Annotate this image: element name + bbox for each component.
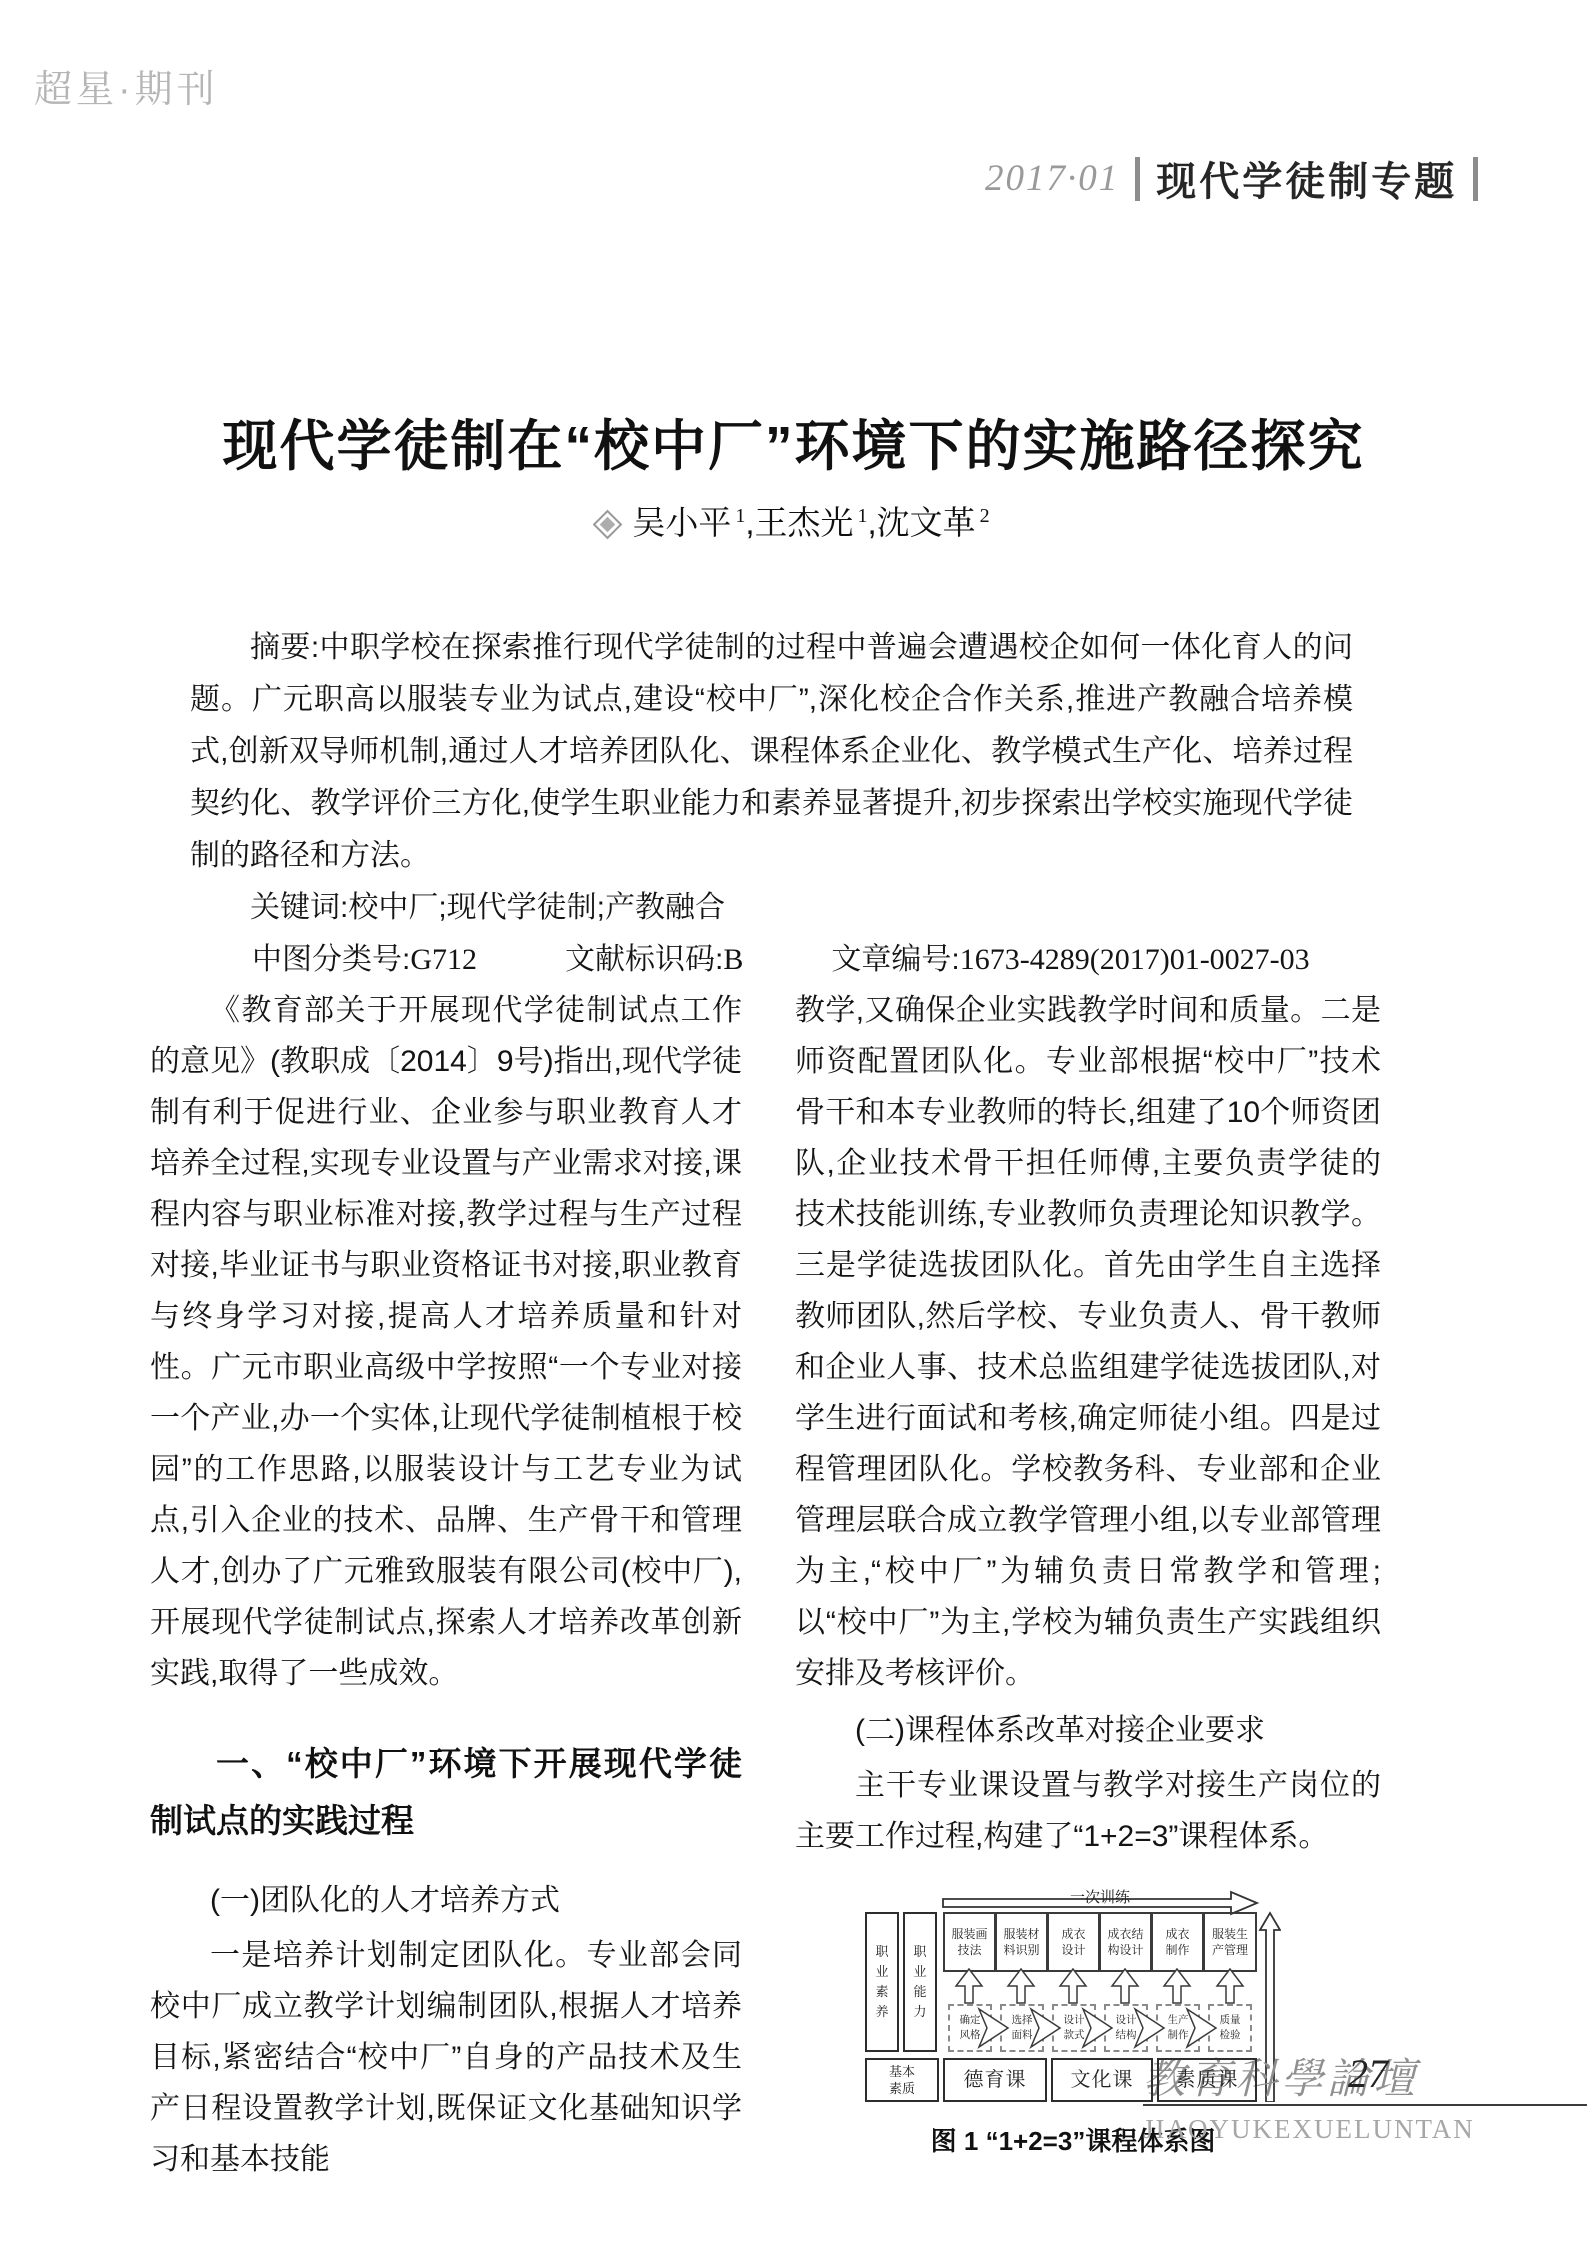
figure-process-step: 确定 风格 — [948, 2004, 992, 2052]
figure-course-box: 成衣 制作 — [1151, 1912, 1204, 1972]
header-divider-bar — [1135, 157, 1140, 201]
section-heading-1: 一、“校中厂”环境下开展现代学徒制试点的实践过程 — [150, 1735, 742, 1849]
document-code: 文献标识码:B — [565, 934, 743, 986]
figure-course-box: 服装材 料识别 — [995, 1912, 1048, 1972]
author-affiliation-sup: 1 — [735, 505, 745, 527]
journal-name-pinyin: JIAOYUKEXUELUNTAN — [1143, 2114, 1475, 2145]
header-divider-bar — [1473, 157, 1478, 201]
author-separator: , — [745, 504, 754, 541]
article-number: 文章编号:1673-4289(2017)01-0027-03 — [831, 934, 1309, 986]
abstract-text: 摘要:中职学校在探索推行现代学徒制的过程中普遍会遭遇校企如何一体化育人的问题。广… — [190, 622, 1353, 882]
clc-number: 中图分类号:G712 — [252, 934, 477, 986]
body-paragraph: 一是培养计划制定团队化。专业部会同校中厂成立教学计划编制团队,根据人才培养目标,… — [150, 1930, 742, 2185]
keywords-line: 关键词:校中厂;现代学徒制;产教融合 — [190, 882, 1353, 934]
subsection-heading-1-1: (一)团队化的人才培养方式 — [150, 1875, 742, 1926]
author-line: 吴小平1,王杰光1,沈文革2 — [0, 497, 1587, 544]
body-paragraph: 教学,又确保企业实践教学时间和质量。二是师资配置团队化。专业部根据“校中厂”技术… — [795, 985, 1381, 1699]
figure-process-step: 生产 制作 — [1156, 2004, 1200, 2052]
figure-process-step: 设计 结构 — [1104, 2004, 1148, 2052]
figure-process-step: 设计 款式 — [1052, 2004, 1096, 2052]
figure-process-step: 选择 面料 — [1000, 2004, 1044, 2052]
figure-course-box: 服装画 技法 — [943, 1912, 996, 1972]
page-header: 2017·01 现代学徒制专题 — [985, 150, 1478, 207]
right-column: 教学,又确保企业实践教学时间和质量。二是师资配置团队化。专业部根据“校中厂”技术… — [795, 985, 1381, 2167]
figure-bottom-course-box: 文化课 — [1051, 2058, 1153, 2102]
figure-basic-quality-box: 基本 素质 — [865, 2058, 939, 2102]
article-title: 现代学徒制在“校中厂”环境下的实施路径探究 — [0, 402, 1587, 481]
figure-side-box-professional-quality: 职 业 素 养 — [865, 1912, 899, 2052]
body-paragraph: 主干专业课设置与教学对接生产岗位的主要工作过程,构建了“1+2=3”课程体系。 — [795, 1760, 1381, 1862]
author-separator: , — [868, 504, 877, 541]
figure-course-box: 成衣 设计 — [1047, 1912, 1100, 1972]
author-affiliation-sup: 2 — [980, 505, 990, 527]
diamond-bullet-icon — [593, 510, 623, 540]
curriculum-system-figure: 一次训练 职 业 素 养 职 业 能 力 服装画 技法 服装材 料识别 成衣 设… — [865, 1872, 1281, 2102]
figure-side-box-professional-ability: 职 业 能 力 — [903, 1912, 937, 2052]
figure-course-box: 成衣结 构设计 — [1099, 1912, 1152, 1972]
body-paragraph: 《教育部关于开展现代学徒制试点工作的意见》(教职成〔2014〕9号)指出,现代学… — [150, 985, 742, 1699]
abstract-section: 摘要:中职学校在探索推行现代学徒制的过程中普遍会遭遇校企如何一体化育人的问题。广… — [190, 622, 1353, 986]
figure-process-step: 质量 检验 — [1208, 2004, 1252, 2052]
author-name: 沈文革 — [877, 504, 976, 541]
left-column: 《教育部关于开展现代学徒制试点工作的意见》(教职成〔2014〕9号)指出,现代学… — [150, 985, 742, 2185]
author-name: 吴小平 — [632, 504, 731, 541]
article-meta-line: 中图分类号:G712 文献标识码:B 文章编号:1673-4289(2017)0… — [190, 934, 1353, 986]
platform-brand: 超星·期刊 — [34, 58, 219, 113]
subsection-heading-1-2: (二)课程体系改革对接企业要求 — [795, 1705, 1381, 1756]
journal-page: 超星·期刊 2017·01 现代学徒制专题 现代学徒制在“校中厂”环境下的实施路… — [0, 0, 1587, 2245]
issue-number: 2017·01 — [985, 157, 1119, 200]
author-name: 王杰光 — [755, 504, 854, 541]
figure-course-box: 服装生 产管理 — [1203, 1912, 1257, 1972]
special-topic-label: 现代学徒制专题 — [1156, 150, 1457, 207]
figure-bottom-course-box: 德育课 — [943, 2058, 1047, 2102]
page-number: 27 — [1348, 2050, 1388, 2097]
figure-bottom-course-box: 素质课 — [1157, 2058, 1257, 2102]
author-affiliation-sup: 1 — [858, 505, 868, 527]
